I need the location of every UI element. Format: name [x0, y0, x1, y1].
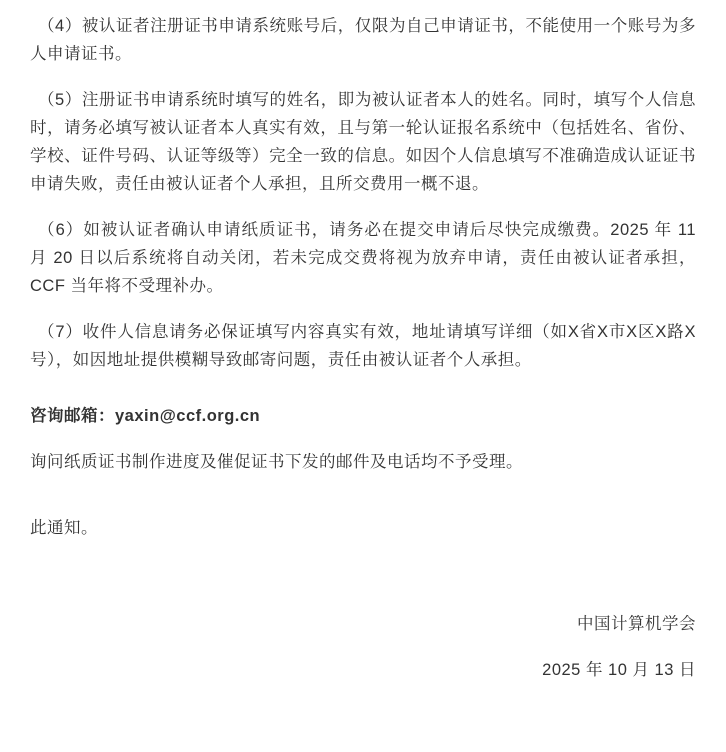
contact-email-line: 咨询邮箱：yaxin@ccf.org.cn — [30, 402, 696, 430]
signature-organization: 中国计算机学会 — [30, 610, 696, 638]
notice-item-5: （5）注册证书申请系统时填写的姓名，即为被认证者本人的姓名。同时，填写个人信息时… — [30, 86, 696, 198]
notice-page: { "document": { "items": [ { "id": "item… — [0, 0, 726, 752]
notice-closing-line: 此通知。 — [30, 514, 696, 542]
notice-item-6: （6）如被认证者确认申请纸质证书，请务必在提交申请后尽快完成缴费。2025 年 … — [30, 216, 696, 300]
notice-item-4: （4）被认证者注册证书申请系统账号后，仅限为自己申请证书，不能使用一个账号为多人… — [30, 12, 696, 68]
notice-item-7: （7）收件人信息请务必保证填写内容真实有效，地址请填写详细（如X省X市X区X路X… — [30, 318, 696, 374]
notice-document: （4）被认证者注册证书申请系统账号后，仅限为自己申请证书，不能使用一个账号为多人… — [30, 12, 696, 684]
no-inquiry-line: 询问纸质证书制作进度及催促证书下发的邮件及电话均不予受理。 — [30, 448, 696, 476]
signature-date: 2025 年 10 月 13 日 — [30, 656, 696, 684]
